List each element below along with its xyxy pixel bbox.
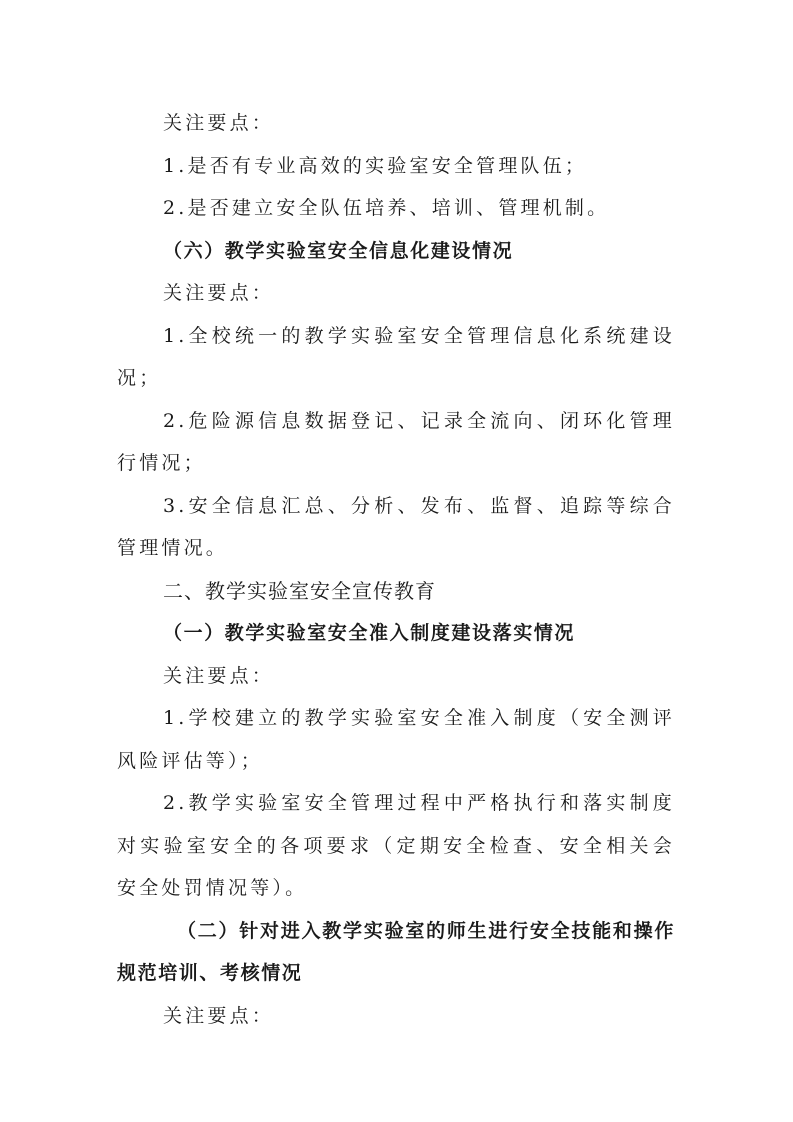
section-subheading: （二）针对进入教学实验室的师生进行安全技能和操作 [117, 910, 675, 953]
list-item-continuation: 风险评估等）； [117, 740, 675, 783]
list-item: 1.全校统一的教学实验室安全管理信息化系统建设情 [117, 315, 675, 358]
focus-points-label: 关注要点： [117, 102, 675, 145]
list-item-continuation: 行情况； [117, 442, 675, 485]
section-subheading-continuation: 规范培训、考核情况 [117, 952, 675, 995]
list-item-continuation: 况； [117, 357, 675, 400]
section-heading: 二、教学实验室安全宣传教育 [117, 570, 675, 613]
section-subheading: （六）教学实验室安全信息化建设情况 [117, 230, 675, 273]
focus-points-label: 关注要点： [117, 272, 675, 315]
list-item: 3.安全信息汇总、分析、发布、监督、追踪等综合有效 [117, 485, 675, 528]
list-item: 2.是否建立安全队伍培养、培训、管理机制。 [117, 187, 675, 230]
list-item: 1.是否有专业高效的实验室安全管理队伍； [117, 145, 675, 188]
list-item: 2.教学实验室安全管理过程中严格执行和落实制度中 [117, 782, 675, 825]
list-item: 1.学校建立的教学实验室安全准入制度（安全测评考试、 [117, 697, 675, 740]
list-item: 2.危险源信息数据登记、记录全流向、闭环化管理与运 [117, 400, 675, 443]
list-item-continuation: 管理情况。 [117, 527, 675, 570]
section-subheading: （一）教学实验室安全准入制度建设落实情况 [117, 612, 675, 655]
list-item-continuation: 对实验室安全的各项要求（定期安全检查、安全相关会议、 [117, 825, 675, 868]
focus-points-label: 关注要点： [117, 995, 675, 1038]
document-page: 关注要点： 1.是否有专业高效的实验室安全管理队伍； 2.是否建立安全队伍培养、… [117, 102, 675, 1037]
list-item-continuation: 安全处罚情况等）。 [117, 867, 675, 910]
focus-points-label: 关注要点： [117, 655, 675, 698]
